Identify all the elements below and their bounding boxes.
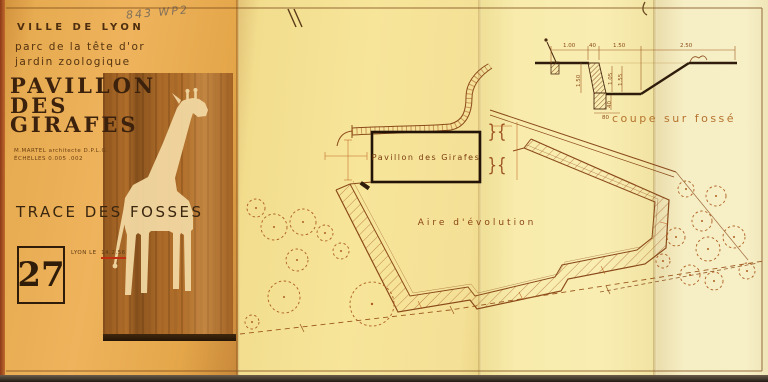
tree — [317, 225, 333, 241]
tree — [286, 249, 308, 271]
tree — [350, 282, 394, 326]
tree — [696, 237, 720, 261]
tally-marks — [288, 9, 302, 27]
dim-label: 80 — [602, 115, 609, 121]
section-wall — [588, 63, 606, 93]
tree — [678, 181, 694, 197]
tree — [667, 228, 685, 246]
tree — [245, 315, 259, 329]
enclosure-label: Aire d'évolution — [418, 217, 537, 228]
section-fence — [544, 38, 559, 74]
dim-label: 2.50 — [680, 43, 693, 49]
sheet-frame — [6, 8, 762, 371]
tree — [706, 186, 726, 206]
tree — [705, 272, 723, 290]
trees — [245, 181, 755, 329]
section-wall-footing — [594, 93, 606, 109]
dim-label: 1.50 — [613, 43, 626, 49]
dim-label: 1.50 — [576, 74, 582, 87]
section-caption: coupe sur fossé — [612, 112, 736, 125]
pavilion: Pavillon des Girafes — [360, 132, 481, 190]
curved-path — [337, 64, 492, 146]
tree — [692, 211, 712, 231]
gate-symbols: }{ }{ — [487, 121, 506, 177]
table-edge-shadow — [0, 375, 768, 382]
tree — [723, 226, 745, 248]
tree — [268, 281, 300, 313]
dim-label: 1.05 — [608, 72, 614, 85]
tree — [333, 243, 349, 259]
dim-label: 40 — [589, 43, 596, 49]
section-slope — [641, 63, 689, 94]
tree — [680, 265, 700, 285]
plan-dimension-ticks — [325, 122, 668, 309]
dim-label: 40 — [607, 101, 613, 108]
pavilion-label: Pavillon des Girafes — [372, 153, 481, 162]
tree — [261, 214, 287, 240]
site-plan-svg: 1.00 40 1.50 2.50 1.50 1.05 1.55 40 80 c… — [0, 0, 768, 382]
svg-text:}{: }{ — [487, 155, 506, 177]
blueprint-sheet: 843 WP2 VILLE DE LYON parc de la tête d'… — [0, 0, 768, 382]
dim-label: 1.55 — [618, 73, 624, 86]
section-bush — [690, 56, 707, 62]
section-dimension-labels: 1.00 40 1.50 2.50 1.50 1.05 1.55 40 80 — [563, 43, 693, 121]
dim-label: 1.00 — [563, 43, 576, 49]
svg-text:}{: }{ — [487, 121, 506, 143]
tree — [247, 199, 265, 217]
tree — [656, 254, 670, 268]
section-drawing: 1.00 40 1.50 2.50 1.50 1.05 1.55 40 80 c… — [535, 38, 737, 125]
tree — [290, 209, 316, 235]
